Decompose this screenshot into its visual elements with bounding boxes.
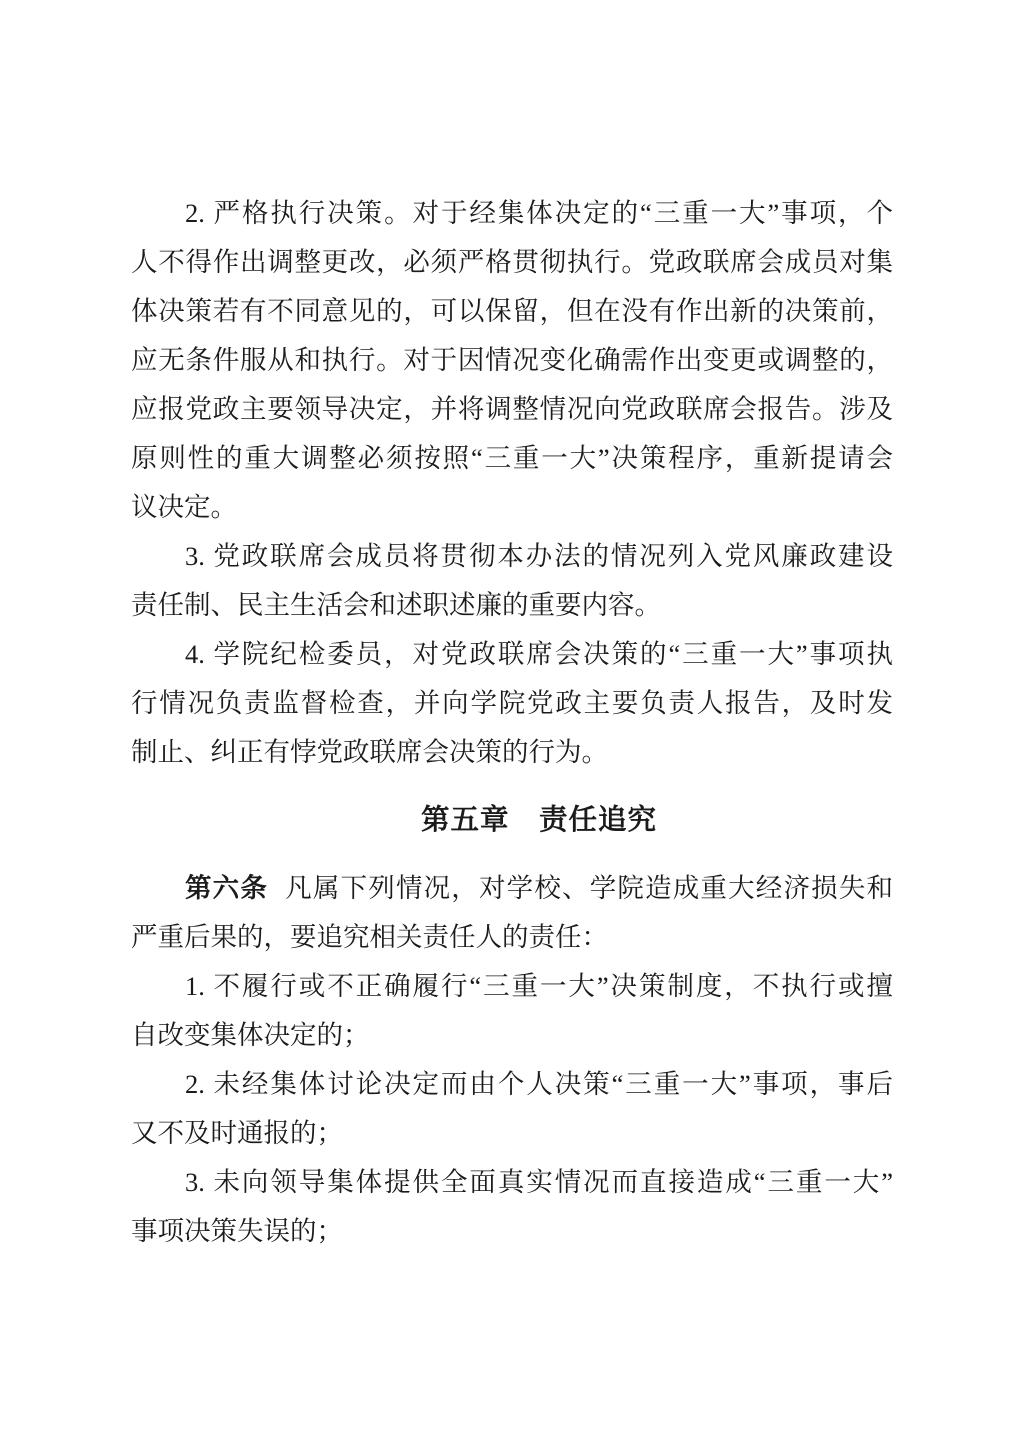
chapter-heading: 第五章 责任追究	[131, 796, 893, 845]
text-line: 人不得作出调整更改，必须严格贯彻执行。党政联席会成员对集	[131, 238, 893, 287]
article-text: 凡属下列情况，对学校、学院造成重大经济损失和	[284, 873, 893, 903]
text-line: 制止、纠正有悖党政联席会决策的行为。	[131, 728, 893, 777]
document-page: 2. 严格执行决策。对于经集体决定的“三重一大”事项，个 人不得作出调整更改，必…	[0, 0, 1024, 1448]
text-line: 原则性的重大调整必须按照“三重一大”决策程序，重新提请会	[131, 434, 893, 483]
text-line: 3. 未向领导集体提供全面真实情况而直接造成“三重一大”	[131, 1158, 893, 1207]
text-line: 应无条件服从和执行。对于因情况变化确需作出变更或调整的，	[131, 336, 893, 385]
article-first-line: 第六条凡属下列情况，对学校、学院造成重大经济损失和	[131, 864, 893, 913]
document-body: 2. 严格执行决策。对于经集体决定的“三重一大”事项，个 人不得作出调整更改，必…	[0, 0, 1024, 1256]
text-line: 又不及时通报的；	[131, 1109, 893, 1158]
text-line: 严重后果的，要追究相关责任人的责任：	[131, 913, 893, 962]
text-line: 事项决策失误的；	[131, 1207, 893, 1256]
text-line: 2. 未经集体讨论决定而由个人决策“三重一大”事项，事后	[131, 1060, 893, 1109]
text-line: 2. 严格执行决策。对于经集体决定的“三重一大”事项，个	[131, 189, 893, 238]
article-label: 第六条	[185, 873, 268, 903]
text-line: 4. 学院纪检委员，对党政联席会决策的“三重一大”事项执	[131, 630, 893, 679]
text-line: 责任制、民主生活会和述职述廉的重要内容。	[131, 581, 893, 630]
text-line: 体决策若有不同意见的，可以保留，但在没有作出新的决策前，	[131, 287, 893, 336]
text-line: 应报党政主要领导决定，并将调整情况向党政联席会报告。涉及	[131, 385, 893, 434]
text-line: 行情况负责监督检查，并向学院党政主要负责人报告，及时发现、	[131, 679, 893, 728]
text-line: 3. 党政联席会成员将贯彻本办法的情况列入党风廉政建设	[131, 532, 893, 581]
text-line: 1. 不履行或不正确履行“三重一大”决策制度，不执行或擅	[131, 962, 893, 1011]
text-line: 议决定。	[131, 483, 893, 532]
text-line: 自改变集体决定的；	[131, 1011, 893, 1060]
